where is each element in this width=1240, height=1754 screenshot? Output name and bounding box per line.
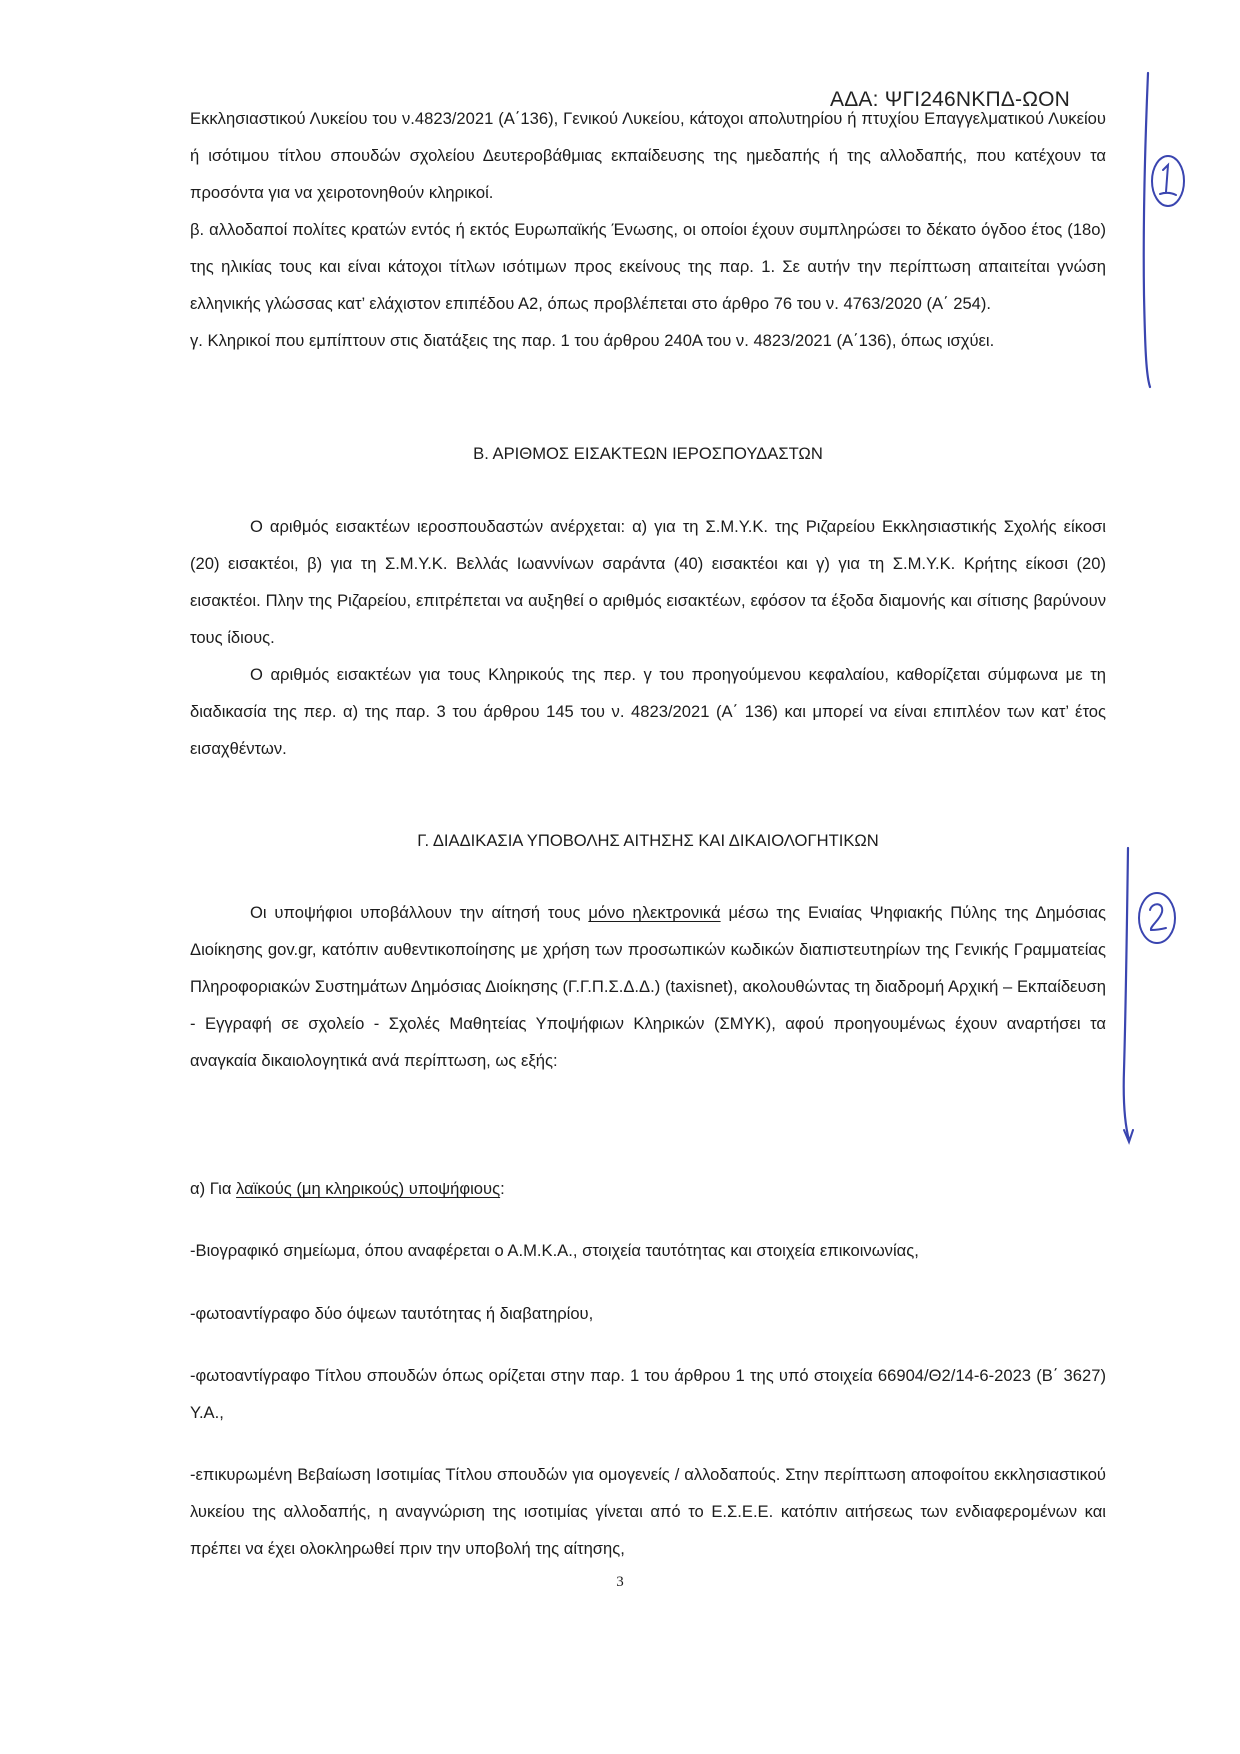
subheading-prefix: α) Για [190, 1179, 236, 1198]
only-electronically-emphasis: μόνο ηλεκτρονικά [588, 903, 720, 922]
intro-text-before: Οι υποψήφιοι υποβάλλουν την αίτησή τους [250, 903, 588, 922]
subheading-line: α) Για λαϊκούς (μη κληρικούς) υποψήφιους… [190, 1170, 1106, 1207]
paragraph-application-procedure: Οι υποψήφιοι υποβάλλουν την αίτησή τους … [190, 894, 1106, 1079]
requirement-id-copy: -φωτοαντίγραφο δύο όψεων ταυτότητας ή δι… [190, 1295, 1106, 1332]
paragraph-admission-numbers: Ο αριθμός εισακτέων ιεροσπουδαστών ανέρχ… [190, 508, 1106, 656]
requirement-equivalence-certificate: -επικυρωμένη Βεβαίωση Ισοτιμίας Τίτλου σ… [190, 1456, 1106, 1567]
paragraph-clergy-admission: Ο αριθμός εισακτέων για τους Κληρικούς τ… [190, 656, 1106, 767]
intro-text-after: μέσω της Ενιαίας Ψηφιακής Πύλης της Δημό… [190, 903, 1106, 1070]
page-number: 3 [0, 1574, 1240, 1591]
section-c-heading: Γ. ΔΙΑΔΙΚΑΣΙΑ ΥΠΟΒΟΛΗΣ ΑΙΤΗΣΗΣ ΚΑΙ ΔΙΚΑΙ… [190, 829, 1106, 853]
section-c-intro: Οι υποψήφιοι υποβάλλουν την αίτησή τους … [190, 894, 1106, 1079]
lay-candidates-emphasis: λαϊκούς (μη κληρικούς) υποψήφιους [236, 1179, 500, 1198]
requirement-diploma-copy: -φωτοαντίγραφο Τίτλου σπουδών όπως ορίζε… [190, 1357, 1106, 1431]
paragraph-eligibility-continued: Εκκλησιαστικού Λυκείου του ν.4823/2021 (… [190, 100, 1106, 211]
subheading-suffix: : [500, 1179, 505, 1198]
item-c-clergy: γ. Κληρικοί που εμπίπτουν στις διατάξεις… [190, 322, 1106, 359]
section-a-continued: Εκκλησιαστικού Λυκείου του ν.4823/2021 (… [190, 100, 1106, 359]
lay-candidates-subheading: α) Για λαϊκούς (μη κληρικούς) υποψήφιους… [190, 1170, 1106, 1207]
circled-number-1-icon [1148, 152, 1188, 210]
item-b-foreign-citizens: β. αλλοδαποί πολίτες κρατών εντός ή εκτό… [190, 211, 1106, 322]
requirement-item: -επικυρωμένη Βεβαίωση Ισοτιμίας Τίτλου σ… [190, 1456, 1106, 1567]
circled-number-2-icon [1136, 890, 1178, 946]
section-b-heading: Β. ΑΡΙΘΜΟΣ ΕΙΣΑΚΤΕΩΝ ΙΕΡΟΣΠΟΥΔΑΣΤΩΝ [190, 442, 1106, 466]
handwritten-arrow-2 [1100, 840, 1160, 1150]
requirement-item: -φωτοαντίγραφο Τίτλου σπουδών όπως ορίζε… [190, 1357, 1106, 1431]
section-b-body: Ο αριθμός εισακτέων ιεροσπουδαστών ανέρχ… [190, 508, 1106, 767]
requirement-item: -φωτοαντίγραφο δύο όψεων ταυτότητας ή δι… [190, 1295, 1106, 1332]
requirement-cv: -Βιογραφικό σημείωμα, όπου αναφέρεται ο … [190, 1232, 1106, 1269]
document-page: ΑΔΑ: ΨΓΙ246ΝΚΠΔ-ΩΟΝ Εκκλησιαστικού Λυκεί… [0, 0, 1240, 1754]
requirement-item: -Βιογραφικό σημείωμα, όπου αναφέρεται ο … [190, 1232, 1106, 1269]
handwritten-bracket-1 [1110, 65, 1220, 405]
